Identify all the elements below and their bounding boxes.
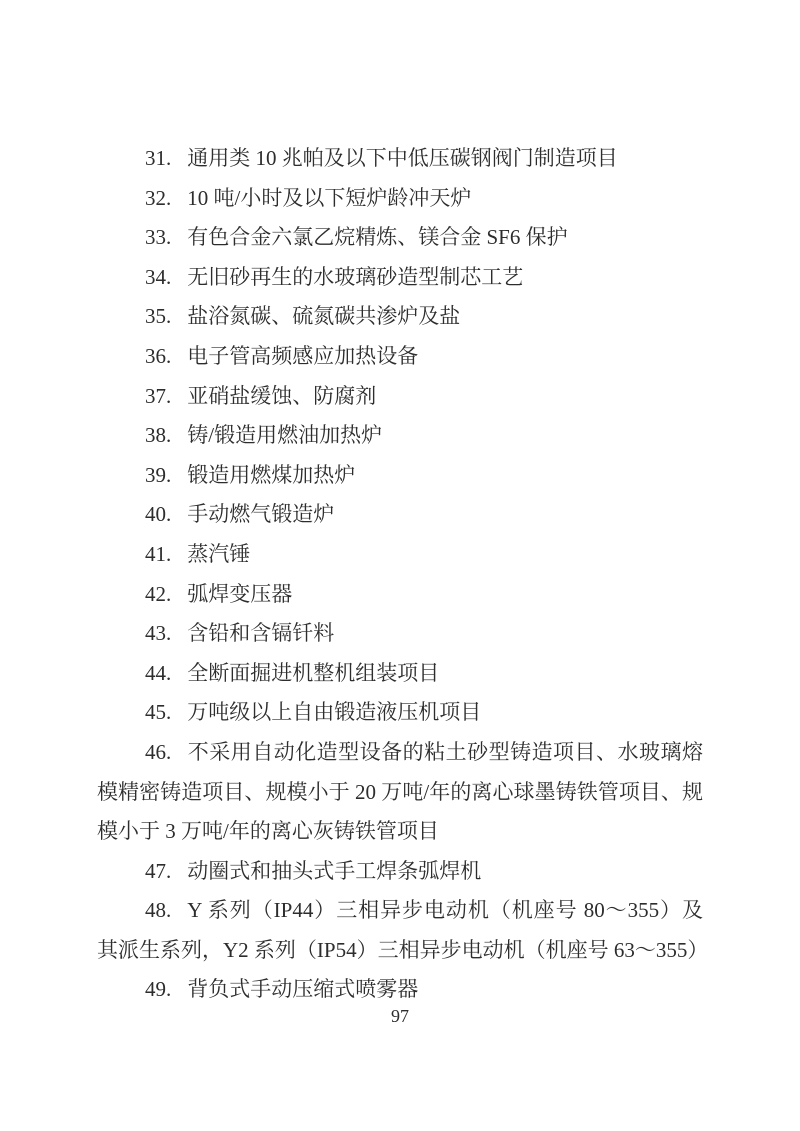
item-text: 锻造用燃煤加热炉 bbox=[187, 463, 355, 487]
item-number: 34. bbox=[145, 265, 171, 289]
item-number: 41. bbox=[145, 542, 171, 566]
list-content: 31.通用类 10 兆帕及以下中低压碳钢阀门制造项目 32.10 吨/小时及以下… bbox=[97, 139, 703, 1010]
item-number: 42. bbox=[145, 582, 171, 606]
item-number: 39. bbox=[145, 463, 171, 487]
item-text: 手动燃气锻造炉 bbox=[187, 502, 334, 526]
item-number: 44. bbox=[145, 661, 171, 685]
item-text: 亚硝盐缓蚀、防腐剂 bbox=[187, 384, 376, 408]
item-text: 不采用自动化造型设备的粘土砂型铸造项目、水玻璃熔模精密铸造项目、规模小于 20 … bbox=[97, 740, 703, 843]
list-item: 47.动圈式和抽头式手工焊条弧焊机 bbox=[97, 852, 703, 892]
item-number: 49. bbox=[145, 977, 171, 1001]
list-item: 37.亚硝盐缓蚀、防腐剂 bbox=[97, 377, 703, 417]
item-text: 万吨级以上自由锻造液压机项目 bbox=[187, 700, 481, 724]
list-item: 31.通用类 10 兆帕及以下中低压碳钢阀门制造项目 bbox=[97, 139, 703, 179]
list-item: 39.锻造用燃煤加热炉 bbox=[97, 456, 703, 496]
list-item: 43.含铅和含镉钎料 bbox=[97, 614, 703, 654]
item-number: 37. bbox=[145, 384, 171, 408]
item-text: 弧焊变压器 bbox=[187, 582, 292, 606]
document-page: 31.通用类 10 兆帕及以下中低压碳钢阀门制造项目 32.10 吨/小时及以下… bbox=[0, 0, 800, 1131]
list-item: 38.铸/锻造用燃油加热炉 bbox=[97, 416, 703, 456]
item-number: 32. bbox=[145, 186, 171, 210]
list-item: 44.全断面掘进机整机组装项目 bbox=[97, 654, 703, 694]
item-text: 铸/锻造用燃油加热炉 bbox=[187, 423, 382, 447]
item-text: 有色合金六氯乙烷精炼、镁合金 SF6 保护 bbox=[187, 225, 567, 249]
list-item: 33.有色合金六氯乙烷精炼、镁合金 SF6 保护 bbox=[97, 218, 703, 258]
page-number: 97 bbox=[97, 1004, 703, 1028]
item-text: Y 系列（IP44）三相异步电动机（机座号 80～355）及其派生系列，Y2 系… bbox=[97, 898, 708, 962]
item-text: 10 吨/小时及以下短炉龄冲天炉 bbox=[187, 186, 471, 210]
item-text: 动圈式和抽头式手工焊条弧焊机 bbox=[187, 859, 481, 883]
item-number: 48. bbox=[145, 898, 171, 922]
item-number: 46. bbox=[145, 740, 171, 764]
item-number: 36. bbox=[145, 344, 171, 368]
item-text: 背负式手动压缩式喷雾器 bbox=[187, 977, 418, 1001]
list-item: 48.Y 系列（IP44）三相异步电动机（机座号 80～355）及其派生系列，Y… bbox=[97, 891, 703, 970]
list-item: 40.手动燃气锻造炉 bbox=[97, 495, 703, 535]
list-item: 41.蒸汽锤 bbox=[97, 535, 703, 575]
item-text: 电子管高频感应加热设备 bbox=[187, 344, 418, 368]
item-text: 含铅和含镉钎料 bbox=[187, 621, 334, 645]
item-text: 通用类 10 兆帕及以下中低压碳钢阀门制造项目 bbox=[187, 146, 618, 170]
item-number: 40. bbox=[145, 502, 171, 526]
list-item: 34.无旧砂再生的水玻璃砂造型制芯工艺 bbox=[97, 258, 703, 298]
list-item: 45.万吨级以上自由锻造液压机项目 bbox=[97, 693, 703, 733]
list-item: 46.不采用自动化造型设备的粘土砂型铸造项目、水玻璃熔模精密铸造项目、规模小于 … bbox=[97, 733, 703, 852]
list-item: 42.弧焊变压器 bbox=[97, 575, 703, 615]
item-number: 43. bbox=[145, 621, 171, 645]
item-text: 无旧砂再生的水玻璃砂造型制芯工艺 bbox=[187, 265, 523, 289]
item-number: 38. bbox=[145, 423, 171, 447]
item-text: 全断面掘进机整机组装项目 bbox=[187, 661, 439, 685]
list-item: 32.10 吨/小时及以下短炉龄冲天炉 bbox=[97, 179, 703, 219]
item-number: 33. bbox=[145, 225, 171, 249]
item-number: 45. bbox=[145, 700, 171, 724]
item-number: 35. bbox=[145, 304, 171, 328]
item-text: 蒸汽锤 bbox=[187, 542, 250, 566]
item-text: 盐浴氮碳、硫氮碳共渗炉及盐 bbox=[187, 304, 460, 328]
item-number: 47. bbox=[145, 859, 171, 883]
list-item: 36.电子管高频感应加热设备 bbox=[97, 337, 703, 377]
list-item: 35.盐浴氮碳、硫氮碳共渗炉及盐 bbox=[97, 297, 703, 337]
item-number: 31. bbox=[145, 146, 171, 170]
